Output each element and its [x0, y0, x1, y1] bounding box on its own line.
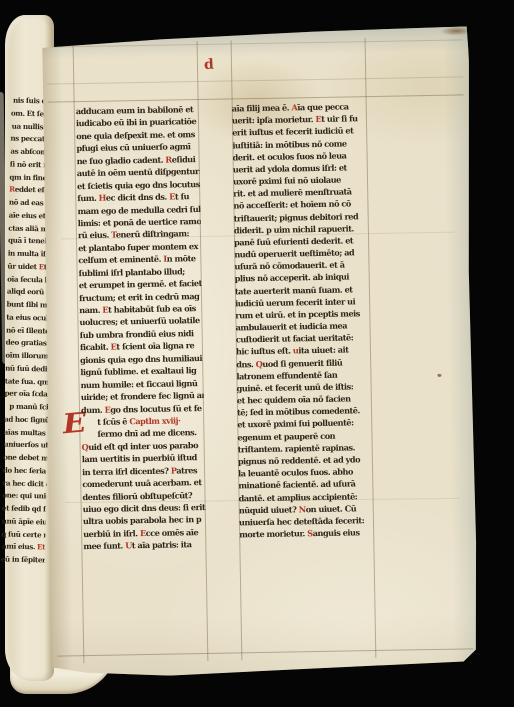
ink-text: et plantabo ſuper montem ex — [78, 241, 198, 253]
ink-text: triſtantem. rapientē rapinas. — [238, 442, 355, 454]
text-line: oīm illorum ē — [5, 349, 49, 363]
text-line: ta eius oculis — [6, 311, 50, 325]
text-line: do hec ſeria qd — [3, 464, 47, 478]
ink-text: uerit ad ydola domus iſrl: et — [233, 162, 347, 174]
ink-text: oīa ſecula hoc — [7, 274, 51, 284]
text-line: tate ſua. qm — [5, 375, 49, 389]
ink-text: et uxorē pximi ſui polluentē: — [237, 418, 353, 430]
text-line: nō eī ſilentes — [6, 324, 50, 338]
ink-text: erit iuſtus et fecerit iudiciū et — [232, 126, 353, 138]
ink-text: uſurā nō cōmodauerit. et ā — [234, 260, 344, 272]
ink-text: iudicabo eū ibi in puaricatiōe — [76, 117, 196, 129]
ink-text: dns. — [236, 359, 256, 369]
ink-text: latronem effundentē ſan — [236, 369, 337, 381]
text-line: ra hec dicit deī — [2, 477, 46, 491]
text-line: aīas multas S — [4, 426, 48, 440]
rubricated-text: Et — [37, 543, 45, 552]
ink-text: ita uiuet: ait — [298, 345, 348, 356]
text-line: et uxorē pximi ſui polluentē: — [237, 417, 370, 431]
ink-text: lignū ſublime. et exaltaui lig — [80, 365, 196, 377]
ink-text: uerit: ipſa morietur. — [232, 114, 316, 125]
ink-text: adducam eum in babilonē et — [76, 104, 194, 116]
ink-text: eū in ſēpiternū — [1, 554, 45, 564]
ink-text: et hec quidem oīa nō facien — [237, 394, 351, 406]
ink-text: do hec ſeria qd — [3, 465, 47, 475]
ink-text: uxorē pximi ſui nō uiolaue — [233, 175, 341, 187]
ink-text: nō eī ſilentes — [6, 325, 50, 335]
text-column-left: adducam eum in babilonē etiudicabo eū ib… — [76, 103, 207, 557]
ink-text: tate ſua. qm — [5, 376, 49, 386]
ink-text: et erumpet in germē. et faciet — [79, 278, 202, 290]
ink-text: go dns locutus ſū et fe — [110, 403, 201, 415]
ink-text: ūr uidet — [7, 261, 38, 271]
ink-text: ec dicit dns ds. — [106, 192, 169, 203]
ink-text: plius nō acceperit. ab iniqui — [235, 272, 349, 284]
ink-text: morte morietur. — [239, 528, 307, 539]
text-line: ūr uidet Et ſe — [7, 260, 51, 274]
ink-text: dum. — [81, 404, 105, 414]
text-line: morte morietur. Sanguis eius — [239, 526, 372, 540]
ink-text: uerbiū in iſrl. — [83, 528, 140, 539]
ink-text: iuſtitiā: in mōtibus nō come — [232, 138, 346, 150]
ink-text: mam ego de medulla cedri ſub — [77, 203, 200, 215]
ink-text: iudiciū uerum fecerit inter ui — [235, 296, 355, 308]
ink-text: in terra iſrl dicentes? — [82, 465, 171, 477]
ink-text: comederunt uuā acerbam. et — [82, 477, 202, 489]
ink-text: rum et uirū. et in pceptis meis — [235, 308, 360, 320]
ink-text: uiride; et frondere fec lignū ari — [81, 390, 204, 402]
ink-text: ſum. — [77, 193, 99, 203]
text-line: unū āpīe eius. ī — [2, 515, 46, 529]
ink-text: enerū diſtringam: — [116, 229, 189, 240]
ink-text: on uiuet. Cū — [306, 503, 357, 514]
text-line: in multa īſta — [8, 248, 52, 262]
text-line: uniuerſos ut oī — [3, 439, 47, 453]
text-line: et ſedib qd ſua — [2, 502, 46, 516]
ink-text: et ſcietis quia ego dns locutus — [77, 179, 200, 191]
text-line: one: qui unicū — [2, 490, 46, 504]
ink-text: ficabit. — [80, 342, 111, 353]
text-line: q ſuū certe noīe — [1, 528, 45, 542]
ink-text: anguis eius — [313, 527, 360, 538]
ink-text: p manū ſci — [9, 402, 48, 412]
ink-text: unū āpīe eius. ī — [2, 516, 46, 526]
ink-text: atres — [176, 465, 197, 475]
ink-text: dantē. et amplius accipientē: — [238, 491, 357, 503]
ink-text: uniuerſa hec deteſtāda fecerit: — [239, 515, 364, 527]
text-line: deo gratias aīo — [6, 337, 50, 351]
ink-text: et ſedib qd ſua — [2, 503, 46, 513]
ink-text: uiuo ego dicit dns deus: ſi erit — [83, 502, 206, 514]
ink-text: cuſtodierit ut faciat ueritatē: — [236, 333, 354, 345]
text-line: amī eius. Et — [1, 541, 45, 555]
ink-text: aliqd eorū ſup — [7, 287, 51, 297]
ink-text: amī eius. — [2, 542, 37, 552]
ink-text: q ſuū certe noīe — [1, 529, 45, 539]
text-column-right: aīa filij mea ē. Aīa que peccauerit: ipſ… — [232, 100, 373, 544]
ink-text: cce omēs aīe — [146, 527, 199, 538]
ink-text: nudū operuerit ueſtimēto; ad — [234, 247, 354, 259]
ink-text: ne ſuo gladio cadent. — [77, 154, 166, 166]
ink-text: derit. et oculos ſuos nō leua — [233, 150, 347, 162]
ink-text: pfugi eius cū uniuerſo agmī — [76, 141, 190, 153]
ink-text: one: qui unicū — [2, 491, 46, 501]
ink-text: nō acceſſerit: et hoīem nō cō — [233, 199, 351, 211]
ink-text: rū eius. — [78, 230, 111, 241]
ink-text: panē ſuū eſurienti dederit. et — [234, 235, 353, 247]
rubricated-text: Captlm xviij· — [129, 415, 180, 426]
text-line: mee ſunt. Ut aīa patris: ita — [83, 538, 206, 553]
ink-text: autē in oēm uentū diſpgentur: — [77, 166, 200, 178]
text-line: oīa ſecula hoc — [7, 273, 51, 287]
ink-text: ultra uobis parabola hec in p — [83, 514, 201, 526]
text-line: eū in ſēpiternū — [1, 553, 45, 567]
text-line: rum et uirū. et in pceptis meis — [235, 307, 368, 321]
ink-text: ſermo dnī ad me dicens. — [97, 427, 196, 439]
ink-text: ambulauerit et iudicia mea — [235, 321, 347, 333]
ink-text: ſublimi iſrl plantabo illud; — [79, 266, 185, 278]
ink-text: dentes filiorū obſtupeſcūt? — [82, 490, 192, 502]
ink-text: aīas multas — [4, 427, 48, 437]
ink-text: n mōte — [167, 253, 196, 264]
text-line: bunt ſibi manū — [6, 299, 50, 313]
text-line: p manū ſci — [4, 400, 48, 414]
ink-text: in multa īſta — [8, 249, 52, 259]
ink-text: per oīa ſcda q — [4, 389, 48, 399]
ink-text: lam uertitis in puerbiū iſtud — [82, 452, 197, 464]
text-line: nū ſuū dedit ī — [5, 362, 49, 376]
ruling-line-horizontal — [47, 76, 463, 84]
ink-text: īa que pecca — [297, 101, 348, 112]
ink-text: one quia deſpexit me. et oms — [76, 129, 195, 141]
ink-text: deo gratias aīo — [6, 338, 50, 348]
text-line: per oīa ſcda q — [4, 388, 48, 402]
ink-text: gionis quia ego dns humiliaui — [80, 353, 202, 365]
ink-text: guinē. et fecerit unū de iſtis: — [237, 381, 354, 393]
ink-text: uid eſt qd inter uos parabo — [88, 440, 198, 452]
ink-text: hic iuſtus eſt. — [236, 346, 293, 357]
ink-text: tate auerterit manū ſuam. et — [235, 284, 353, 296]
ink-text: eſidui — [172, 154, 196, 164]
parchment-speck — [437, 374, 441, 377]
ink-text: uniuerſos ut oī — [3, 440, 47, 450]
ink-text: oīm illorum ē — [5, 350, 49, 360]
text-line: one debet maīe — [3, 451, 47, 465]
ruling-line-horizontal — [47, 39, 463, 47]
ink-text: tē; ſed in mōtibus comedentē. — [237, 406, 360, 418]
ink-text: t ſu — [175, 191, 189, 201]
text-line: aliqd eorū ſup — [7, 286, 51, 300]
ink-text: rit. et ad mulierē menſtruatā — [233, 187, 352, 199]
ink-text: ta eius oculis — [6, 312, 50, 322]
ink-text: uolucres; et uniuerſū uolatile — [79, 315, 199, 327]
ink-text: ſub umbra frondiū eius nidi — [80, 328, 194, 340]
ink-text: ra hec dicit deī — [2, 478, 46, 488]
ink-text: pignus nō reddentē. et ad ydo — [238, 454, 360, 466]
manuscript-page: d E adducam eum in babilonē etiudicabo e… — [40, 26, 479, 677]
text-line: ad hoc ſignū — [4, 413, 48, 427]
ink-text: aīa filij mea ē. — [232, 102, 292, 113]
text-line: dum. Ego dns locutus ſū et fe — [81, 401, 204, 416]
manuscript-photo: nis ſuis quāom. Et ſe ueroua nullis: etn… — [0, 0, 514, 707]
ink-text: nūquid uiuet? — [239, 504, 299, 515]
ink-text: egenum et pauperē con — [237, 430, 335, 442]
ink-text: uod ſi genuerit filiū — [262, 357, 342, 368]
ink-text: t ſcient oīa ligna re — [116, 340, 194, 351]
text-line: uerit ad ydola domus iſrl: et — [233, 161, 366, 175]
ink-text: diderit. p uim nichil rapuerit. — [234, 223, 354, 235]
ink-text: nam. — [79, 305, 102, 315]
ink-text: bunt ſibi manū — [7, 300, 51, 310]
ink-text: celſum et eminentē. — [78, 254, 163, 265]
ink-text: num humile: et ſiccaui lignū — [80, 378, 197, 390]
ink-text: mee ſunt. — [83, 541, 125, 552]
ink-text: limis: et ponā de uertice ramo — [78, 216, 201, 228]
corner-stain — [440, 26, 472, 36]
ink-text: t aīa patris: ita — [132, 540, 192, 551]
ink-text: minationē facientē. ad uſurā — [238, 479, 355, 491]
ink-text: fructum; et erit in cedrū mag — [79, 291, 199, 303]
ink-text: t ſcūs ē — [97, 416, 129, 427]
ink-text: triſtauerit; pignus debitori red — [234, 211, 359, 223]
ink-text: nū ſuū dedit ī — [5, 363, 49, 373]
ink-text: t uir ſi fu — [321, 113, 357, 124]
ink-text: t habitabūt ſub ea oīs — [108, 303, 196, 315]
ink-text: ad hoc ſignū — [4, 414, 48, 424]
quire-signature-mark: d — [204, 57, 215, 73]
ink-text: one debet maīe — [3, 452, 47, 462]
ruling-line-horizontal — [57, 648, 473, 656]
ink-text: la leuantē oculos ſuos. abho — [238, 467, 353, 479]
